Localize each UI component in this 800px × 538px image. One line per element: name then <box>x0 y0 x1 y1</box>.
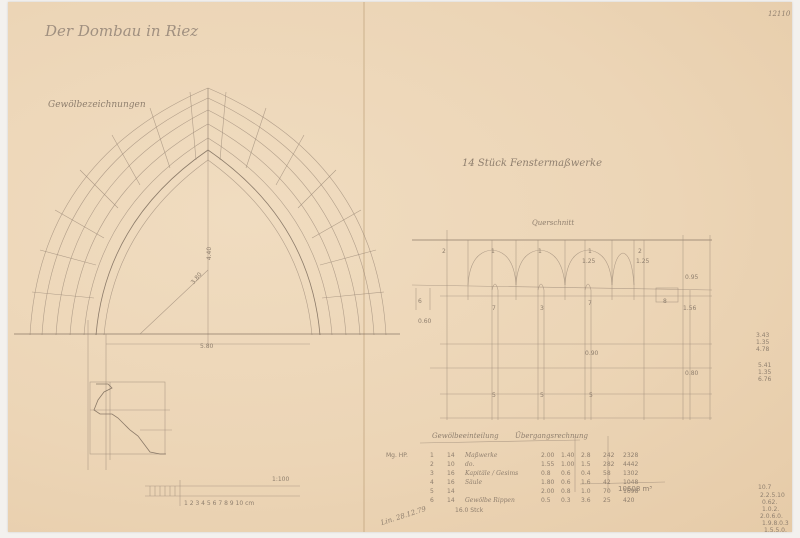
bottom-label: 5 <box>540 392 544 399</box>
row-d: 242 <box>603 452 614 459</box>
row-desc: do. <box>465 461 474 468</box>
margin-note: 1.9.8.0.3 <box>762 520 789 527</box>
arch-span-dimension: 5.80 <box>200 343 213 350</box>
row-b: 0.6 <box>561 470 571 477</box>
row-qty: 14 <box>447 497 455 504</box>
pier-label: 6 <box>418 298 422 305</box>
bay-number: 1 <box>588 248 592 255</box>
tracery-subtitle: 14 Stück Fenstermaßwerke <box>462 158 602 169</box>
row-e: 4442 <box>623 461 638 468</box>
margin-note: 1.35 <box>758 369 771 376</box>
scale-sub-label: 1 2 3 4 5 6 7 8 9 10 cm <box>184 500 254 507</box>
dimension-label: 0.90 <box>585 350 598 357</box>
dimension-label: 0.60 <box>418 318 431 325</box>
row-d: 58 <box>603 470 611 477</box>
row-c: 0.4 <box>581 470 591 477</box>
margin-note: 5.41 <box>758 362 771 369</box>
margin-note: 4.78 <box>756 346 769 353</box>
row-a: 1.80 <box>541 479 554 486</box>
bottom-label: 5 <box>492 392 496 399</box>
row-d: 70 <box>603 488 611 495</box>
scale-label: 1:100 <box>272 476 289 483</box>
table-subtotal: 16.0 Stck <box>455 507 483 514</box>
row-number: 3 <box>430 470 434 477</box>
row-qty: 10 <box>447 461 455 468</box>
bay-number: 2 <box>442 248 446 255</box>
row-c: 1.0 <box>581 488 591 495</box>
row-desc: Säule <box>465 479 482 486</box>
row-number: 4 <box>430 479 434 486</box>
row-number: 6 <box>430 497 434 504</box>
margin-note: 1.35 <box>756 339 769 346</box>
bay-number: 1 <box>491 248 495 255</box>
row-a: 0.5 <box>541 497 551 504</box>
margin-note: 2.0.6.0. <box>760 513 783 520</box>
row-d: 42 <box>603 479 611 486</box>
dimension-label: 0.95 <box>685 274 698 281</box>
row-e: 420 <box>623 497 634 504</box>
section-label: Querschnitt <box>532 219 574 227</box>
row-d: 282 <box>603 461 614 468</box>
row-a: 1.55 <box>541 461 554 468</box>
bay-number: 2 <box>638 248 642 255</box>
pier-label: 8 <box>663 298 667 305</box>
table-total: 10608 m³ <box>618 486 652 493</box>
arch-radius-label: 4.40 <box>206 247 213 260</box>
row-b: 1.40 <box>561 452 574 459</box>
margin-note: 3.43 <box>756 332 769 339</box>
bay-number: 1 <box>538 248 542 255</box>
moulding-profile-detail <box>90 382 172 460</box>
sheet-number: 12110 <box>768 10 790 18</box>
margin-note: 1.0.2. <box>762 506 779 513</box>
row-d: 25 <box>603 497 611 504</box>
row-qty: 16 <box>447 470 455 477</box>
row-desc: Maßwerke <box>465 452 497 459</box>
margin-note: 10.7 <box>758 484 771 491</box>
dimension-label: 1.25 <box>636 258 649 265</box>
row-b: 1.00 <box>561 461 574 468</box>
row-number: 5 <box>430 488 434 495</box>
row-e: 1302 <box>623 470 638 477</box>
row-number: 2 <box>430 461 434 468</box>
row-a: 0.8 <box>541 470 551 477</box>
row-qty: 16 <box>447 479 455 486</box>
dimension-label: 1.25 <box>582 258 595 265</box>
tracery-elevation-drawing <box>412 230 712 420</box>
pier-label: 7 <box>492 305 496 312</box>
row-number: 1 <box>430 452 434 459</box>
row-c: 1.6 <box>581 479 591 486</box>
row-b: 0.3 <box>561 497 571 504</box>
row-desc: Kapitäle / Gesims <box>465 470 518 477</box>
row-c: 1.5 <box>581 461 591 468</box>
row-b: 0.6 <box>561 479 571 486</box>
row-a: 2.00 <box>541 488 554 495</box>
row-qty: 14 <box>447 452 455 459</box>
margin-note: 0.62. <box>762 499 777 506</box>
row-desc: Gewölbe Rippen <box>465 497 515 504</box>
pier-label: 3 <box>540 305 544 312</box>
dimension-label: 0.80 <box>685 370 698 377</box>
table-heading-right: Übergangsrechnung <box>515 432 588 440</box>
row-c: 2.8 <box>581 452 591 459</box>
row-b: 0.8 <box>561 488 571 495</box>
vault-arch-drawing <box>14 88 400 470</box>
row-e: 2328 <box>623 452 638 459</box>
pier-label: 7 <box>588 300 592 307</box>
drawing-title: Der Dombau in Riez <box>45 22 198 40</box>
margin-note: 2.2.5.10 <box>760 492 785 499</box>
table-heading-left: Gewölbeeinteilung <box>432 432 499 440</box>
vault-subtitle: Gewölbezeichnungen <box>48 100 146 110</box>
dimension-label: 1.56 <box>683 305 696 312</box>
row-c: 3.6 <box>581 497 591 504</box>
row-qty: 14 <box>447 488 455 495</box>
margin-note: 6.76 <box>758 376 771 383</box>
table-row-prefix: Mg. HP. <box>386 452 408 459</box>
row-a: 2.00 <box>541 452 554 459</box>
bottom-label: 5 <box>589 392 593 399</box>
margin-note: 1.5.5.0. <box>764 527 787 534</box>
